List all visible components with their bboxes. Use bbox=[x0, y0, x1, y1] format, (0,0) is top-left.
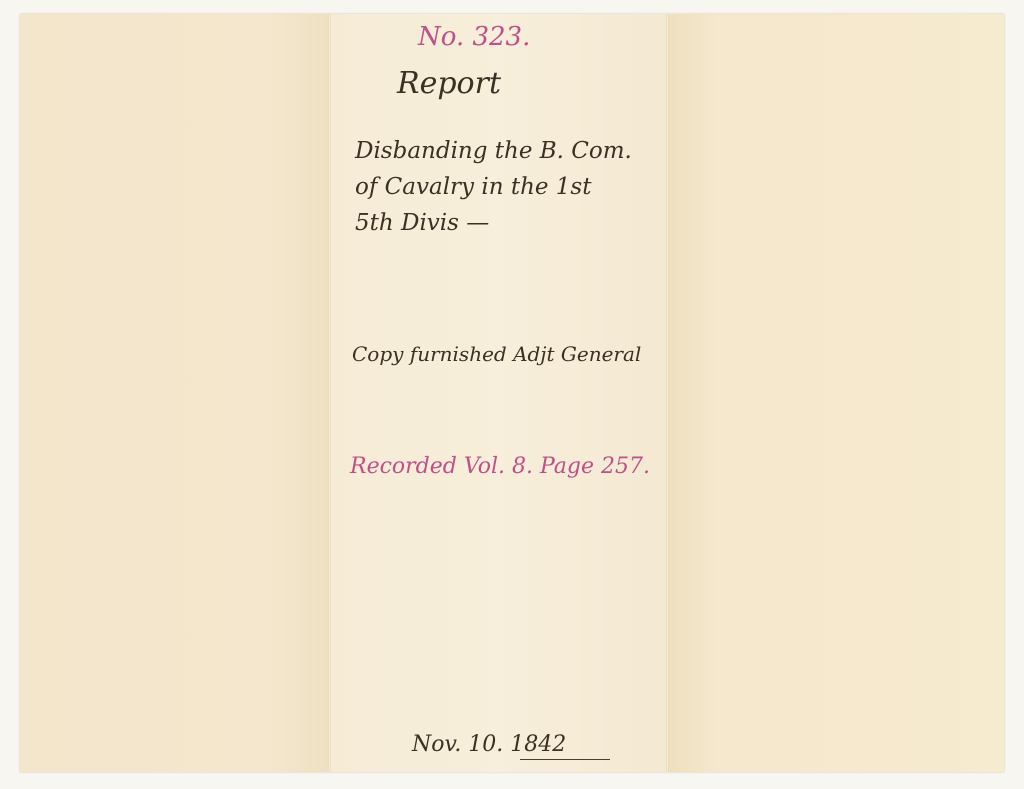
right-panel bbox=[668, 14, 1004, 772]
fold-line-left bbox=[328, 14, 331, 772]
folded-document: No. 323. Report Disbanding the B. Com. o… bbox=[20, 14, 1004, 772]
subject-line-2: of Cavalry in the 1st bbox=[355, 174, 591, 200]
date-underline bbox=[520, 759, 610, 760]
document-title: Report bbox=[397, 66, 501, 101]
document-date: Nov. 10. 1842 bbox=[412, 732, 566, 757]
copy-note: Copy furnished Adjt General bbox=[352, 342, 641, 366]
fold-line-right bbox=[666, 14, 669, 772]
subject-line-1: Disbanding the B. Com. bbox=[355, 138, 632, 164]
left-panel bbox=[20, 14, 330, 772]
document-number: No. 323. bbox=[418, 22, 530, 52]
recorded-note: Recorded Vol. 8. Page 257. bbox=[350, 454, 650, 479]
center-panel bbox=[330, 14, 668, 772]
subject-line-3: 5th Divis — bbox=[355, 210, 489, 236]
